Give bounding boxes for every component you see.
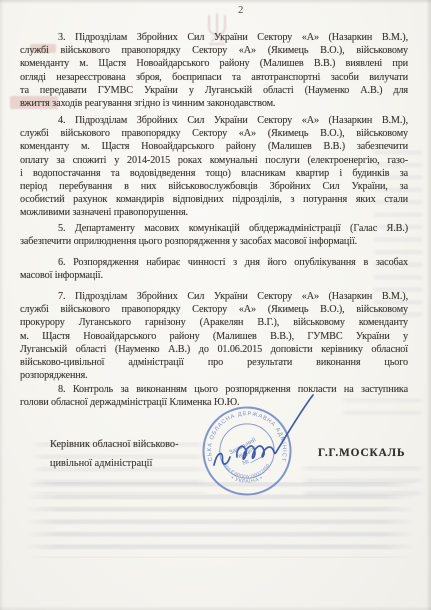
text-line: 3. Підрозділам Збройних Сил України Сект…	[20, 31, 408, 44]
text-line: службі військового правопорядку Сектору …	[20, 127, 408, 140]
text-line: і водопостачання та водовідведення тощо)…	[20, 167, 408, 180]
text-line: можливими зазначені правопорушення.	[20, 206, 408, 219]
text-line: оплату за спожиті у 2014-2015 роках кому…	[20, 154, 408, 167]
paragraph-6: 6. Розпорядження набирає чинності з дня …	[20, 256, 408, 282]
text-line: прокурору Луганського гарнізону (Аракеля…	[20, 316, 408, 329]
text-line: та передавати ГУМВС України у Луганській…	[20, 84, 408, 97]
text-line: коменданту м. Щастя Новоайдарського райо…	[20, 57, 408, 70]
text-line: 5. Департаменту масових комунікацій облд…	[20, 222, 408, 235]
text-line: особистий рахунок командирів відповідних…	[20, 193, 408, 206]
text-line: вжиття заходів реагування згідно із чинн…	[20, 97, 408, 110]
paragraph-5: 5. Департаменту масових комунікацій облд…	[20, 222, 408, 248]
text-line: період перебування в них військовослужбо…	[20, 180, 408, 193]
text-line: масової інформації.	[20, 269, 408, 282]
text-line: м. Щастя Новоайдарського району (Малишев…	[20, 330, 408, 343]
text-line: 7. Підрозділам Збройних Сил України Сект…	[20, 290, 408, 303]
text-line: Луганській області (Науменко А.В.) до 01…	[20, 343, 408, 356]
paragraph-4: 4. Підрозділам Збройних Сил України Сект…	[20, 114, 408, 220]
handwritten-signature	[196, 391, 326, 481]
page-number: 2	[238, 4, 243, 16]
text-line: коменданту м. Щастя Новоайдарського райо…	[20, 140, 408, 153]
text-line: забезпечити оприлюднення цього розпорядж…	[20, 235, 408, 248]
paragraph-7: 7. Підрозділам Збройних Сил України Сект…	[20, 290, 408, 382]
signatory-name: Г.Г.МОСКАЛЬ	[318, 447, 405, 459]
text-line: службі військового правопорядку Сектору …	[20, 303, 408, 316]
text-line: 4. Підрозділам Збройних Сил України Сект…	[20, 114, 408, 127]
text-line: військово-цивільної адміністрації про ре…	[20, 356, 408, 369]
paragraph-3: 3. Підрозділам Збройних Сил України Сект…	[20, 31, 408, 110]
scanned-document-page: 2 3. Підрозділам Збройних Сил України Се…	[0, 0, 431, 610]
text-line: розпорядження.	[20, 369, 408, 382]
text-line: 6. Розпорядження набирає чинності з дня …	[20, 256, 408, 269]
text-line: службі військового правопорядку Сектору …	[20, 44, 408, 57]
text-line: огляді незареєстрована зброя, боєприпаси…	[20, 71, 408, 84]
